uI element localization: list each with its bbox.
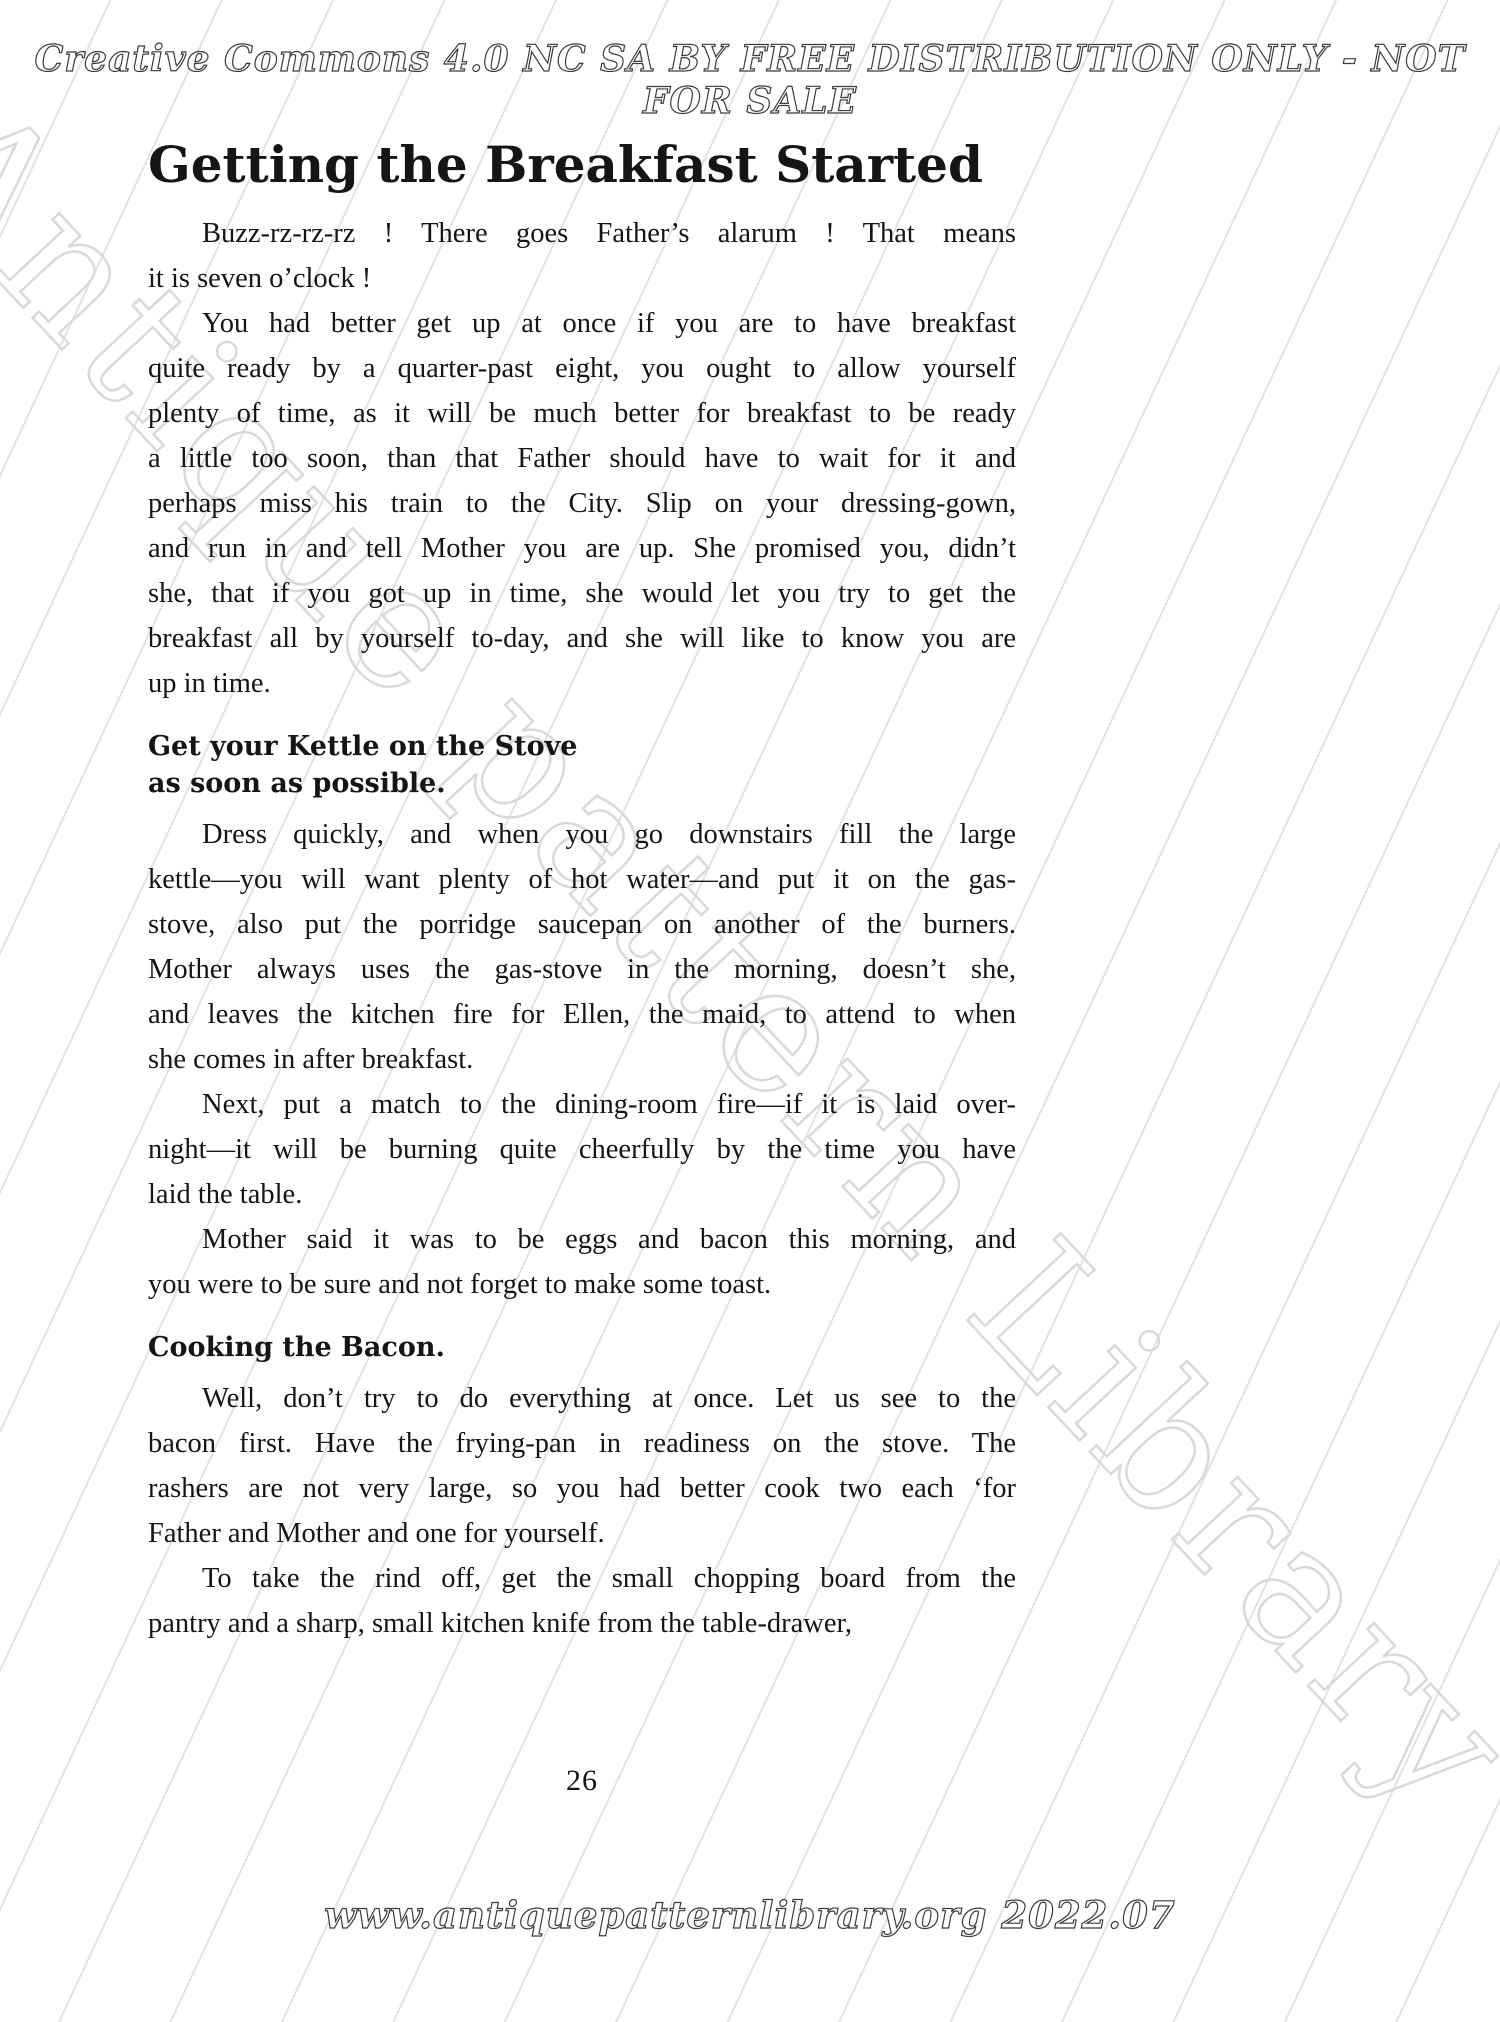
paragraph: Buzz-rz-rz-rz ! There goes Father’s alar… [148, 211, 1016, 301]
text-line: stove, also put the porridge saucepan on… [148, 902, 1016, 947]
paragraph: Mother said it was to be eggs and bacon … [148, 1217, 1016, 1307]
paragraph: You had better get up at once if you are… [148, 301, 1016, 706]
paragraph: To take the rind off, get the small chop… [148, 1556, 1016, 1646]
text-line: perhaps miss his train to the City. Slip… [148, 481, 1016, 526]
text-line: you were to be sure and not forget to ma… [148, 1262, 1016, 1307]
text-line: Cooking the Bacon. [148, 1329, 1016, 1366]
text-line: up in time. [148, 661, 1016, 706]
text-line: breakfast all by yourself to-day, and sh… [148, 616, 1016, 661]
license-notice: Creative Commons 4.0 NC SA BY FREE DISTR… [0, 38, 1500, 122]
text-line: Dress quickly, and when you go downstair… [148, 812, 1016, 857]
section-heading: Cooking the Bacon. [148, 1329, 1016, 1366]
scanned-book-page: Antique pattern Library Creative Commons… [0, 0, 1500, 2022]
text-line: it is seven o’clock ! [148, 256, 1016, 301]
text-line: Mother said it was to be eggs and bacon … [148, 1217, 1016, 1262]
text-line: plenty of time, as it will be much bette… [148, 391, 1016, 436]
text-line: You had better get up at once if you are… [148, 301, 1016, 346]
text-line: she, that if you got up in time, she wou… [148, 571, 1016, 616]
text-line: and leaves the kitchen fire for Ellen, t… [148, 992, 1016, 1037]
text-line: Get your Kettle on the Stove [148, 728, 1016, 765]
footer-credit: www.antiquepatternlibrary.org 2022.07 [0, 1893, 1500, 1937]
text-line: she comes in after breakfast. [148, 1037, 1016, 1082]
paragraph: Next, put a match to the dining-room fir… [148, 1082, 1016, 1217]
text-line: as soon as possible. [148, 765, 1016, 802]
paragraph: Well, don’t try to do everything at once… [148, 1376, 1016, 1556]
text-column: Getting the Breakfast Started Buzz-rz-rz… [148, 132, 1016, 1798]
text-line: To take the rind off, get the small chop… [148, 1556, 1016, 1601]
text-line: Father and Mother and one for yourself. [148, 1511, 1016, 1556]
paragraph: Dress quickly, and when you go downstair… [148, 812, 1016, 1082]
section-heading: Get your Kettle on the Stoveas soon as p… [148, 728, 1016, 802]
text-line: laid the table. [148, 1172, 1016, 1217]
page-number: 26 [148, 1764, 1016, 1798]
text-line: quite ready by a quarter-past eight, you… [148, 346, 1016, 391]
page-title: Getting the Breakfast Started [148, 132, 1016, 197]
text-line: a little too soon, than that Father shou… [148, 436, 1016, 481]
text-line: Mother always uses the gas-stove in the … [148, 947, 1016, 992]
text-line: Buzz-rz-rz-rz ! There goes Father’s alar… [148, 211, 1016, 256]
text-line: kettle—you will want plenty of hot water… [148, 857, 1016, 902]
text-line: night—it will be burning quite cheerfull… [148, 1127, 1016, 1172]
text-line: Well, don’t try to do everything at once… [148, 1376, 1016, 1421]
text-line: and run in and tell Mother you are up. S… [148, 526, 1016, 571]
text-line: pantry and a sharp, small kitchen knife … [148, 1601, 1016, 1646]
text-line: rashers are not very large, so you had b… [148, 1466, 1016, 1511]
text-line: bacon first. Have the frying-pan in read… [148, 1421, 1016, 1466]
text-block: Buzz-rz-rz-rz ! There goes Father’s alar… [148, 211, 1016, 1646]
text-line: Next, put a match to the dining-room fir… [148, 1082, 1016, 1127]
